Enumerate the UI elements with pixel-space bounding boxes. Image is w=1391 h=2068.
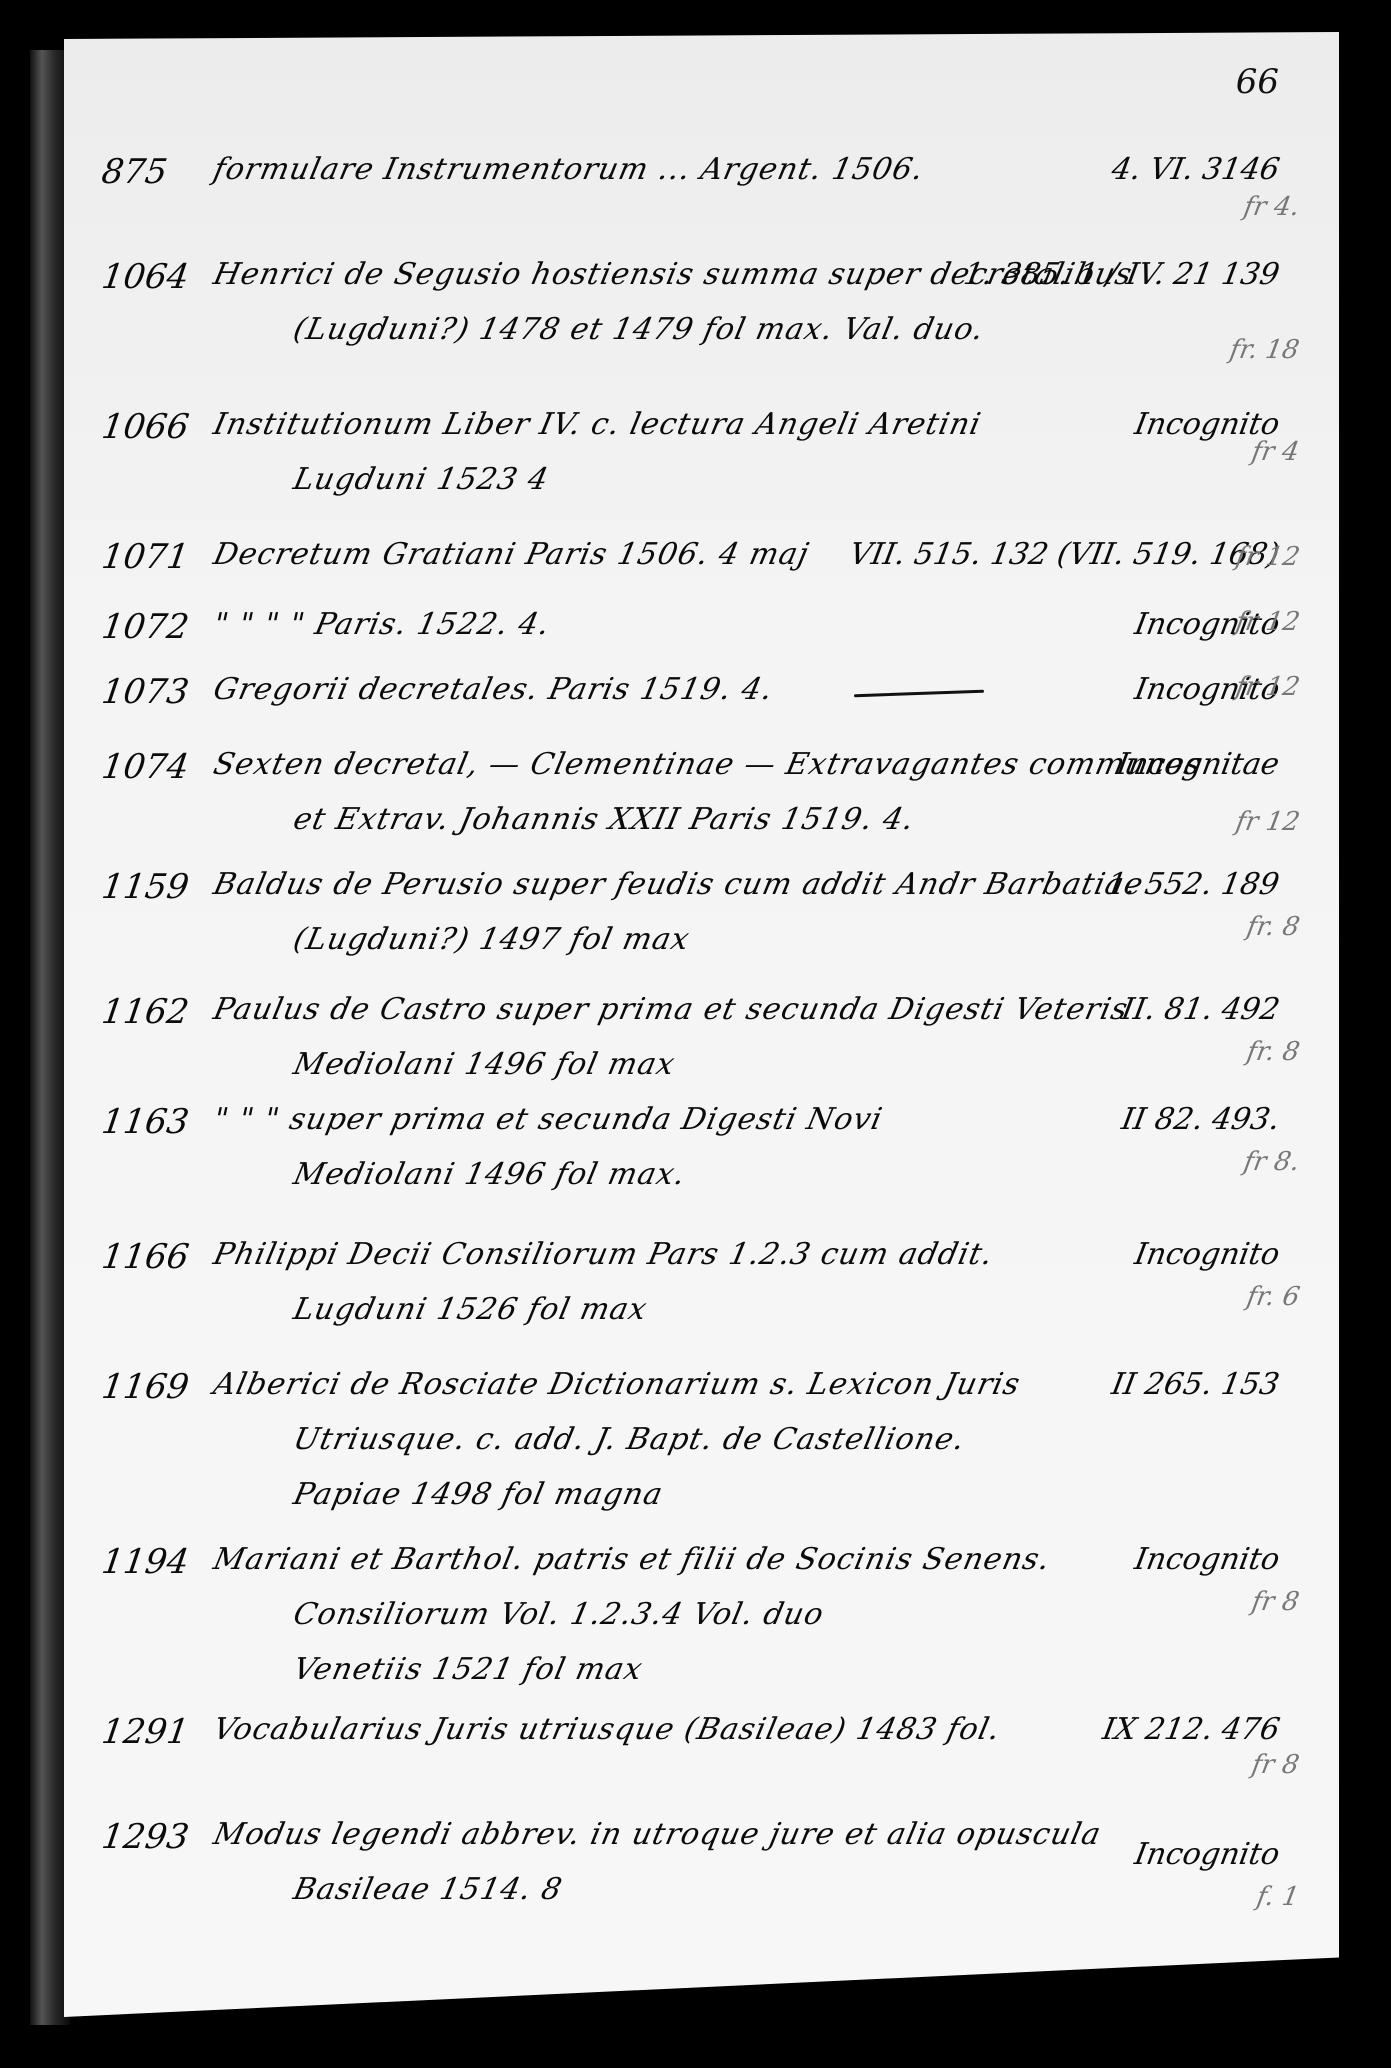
entry-number: 1074 <box>99 747 191 787</box>
entry-text: Mariani et Barthol. patris et filii de S… <box>210 1542 1053 1577</box>
shelfmark: VII. 515. 132 (VII. 519. 168) <box>847 537 1282 572</box>
entry-text: Vocabularius Juris utriusque (Basileae) … <box>210 1712 1003 1747</box>
shelfmark: IX 212. 476 <box>1100 1712 1283 1747</box>
entry-text: Mediolani 1496 fol max <box>290 1047 678 1082</box>
entry-number: 1073 <box>99 672 191 712</box>
entry-number: 1066 <box>99 407 191 447</box>
shelfmark: II 82. 493. <box>1119 1102 1282 1137</box>
entry-text: Alberici de Rosciate Dictionarium s. Lex… <box>210 1367 1023 1402</box>
shelfmark: Incognitae <box>1114 747 1282 782</box>
entry-text: " " " " Paris. 1522. 4. <box>210 607 553 642</box>
entry-number: 1159 <box>99 867 191 907</box>
entry-number: 1194 <box>99 1542 191 1582</box>
entry-text: Gregorii decretales. Paris 1519. 4. <box>210 672 776 707</box>
entry-text: formulare Instrumentorum ... Argent. 150… <box>210 152 927 187</box>
entry-text: Lugduni 1526 fol max <box>290 1292 650 1327</box>
entry-number: 1166 <box>99 1237 191 1277</box>
shelfmark: II. 81. 492 <box>1119 992 1282 1027</box>
entry-number: 1163 <box>99 1102 191 1142</box>
entry-number: 1162 <box>99 992 191 1032</box>
entry-text: et Extrav. Johannis XXII Paris 1519. 4. <box>290 802 917 837</box>
price: fr 12 <box>1233 672 1302 702</box>
price: fr 4. <box>1241 192 1301 222</box>
price: fr. 8 <box>1244 912 1302 942</box>
entry-number: 1291 <box>99 1712 191 1752</box>
price: fr. 6 <box>1244 1282 1302 1312</box>
entry-number: 1072 <box>99 607 191 647</box>
entry-number: 875 <box>99 152 170 192</box>
entry-text: Baldus de Perusio super feudis cum addit… <box>210 867 1147 902</box>
page-number: 66 <box>1236 62 1279 102</box>
shelfmark: 1. 385. 1 / IV. 21 139 <box>961 257 1282 292</box>
price: fr. 8 <box>1244 1037 1302 1067</box>
price: fr 8. <box>1241 1147 1301 1177</box>
shelfmark: Incognito <box>1132 1542 1282 1577</box>
price: f. 1 <box>1255 1882 1302 1912</box>
entry-text: Philippi Decii Consiliorum Pars 1.2.3 cu… <box>210 1237 996 1272</box>
entry-text: Consiliorum Vol. 1.2.3.4 Vol. duo <box>290 1597 827 1632</box>
entry-text: Decretum Gratiani Paris 1506. 4 maj <box>210 537 812 572</box>
shelfmark: Incognito <box>1132 1237 1282 1272</box>
entry-number: 1071 <box>99 537 191 577</box>
entry-text: (Lugduni?) 1478 et 1479 fol max. Val. du… <box>290 312 987 347</box>
entry-number: 1169 <box>99 1367 191 1407</box>
entry-text: " " " super prima et secunda Digesti Nov… <box>210 1102 886 1137</box>
price: fr 8 <box>1249 1750 1301 1780</box>
manuscript-page: 66 875 formulare Instrumentorum ... Arge… <box>64 32 1339 2017</box>
shelfmark: Incognito <box>1132 1837 1282 1872</box>
entry-text: Mediolani 1496 fol max. <box>290 1157 689 1192</box>
entry-text: (Lugduni?) 1497 fol max <box>290 922 693 957</box>
entry-text: Papiae 1498 fol magna <box>290 1477 666 1512</box>
entry-number: 1064 <box>99 257 191 297</box>
price: fr. 18 <box>1228 335 1302 365</box>
shelfmark: 1. 552. 189 <box>1104 867 1282 902</box>
entry-text: Venetiis 1521 fol max <box>290 1652 646 1687</box>
entry-text: Basileae 1514. 8 <box>290 1872 565 1907</box>
price: fr 12 <box>1233 607 1302 637</box>
price: fr 12 <box>1233 807 1302 837</box>
entry-text: Utriusque. c. add. J. Bapt. de Castellio… <box>290 1422 968 1457</box>
entry-text: Paulus de Castro super prima et secunda … <box>210 992 1131 1027</box>
price: fr 4 <box>1249 437 1301 467</box>
entry-number: 1293 <box>99 1817 191 1857</box>
shelfmark: II 265. 153 <box>1109 1367 1282 1402</box>
entry-text: Lugduni 1523 4 <box>290 462 552 497</box>
entry-text: Modus legendi abbrev. in utroque jure et… <box>210 1817 1104 1852</box>
dash-line <box>854 690 984 698</box>
price: fr 8 <box>1249 1587 1301 1617</box>
shelfmark: 4. VI. 3146 <box>1109 152 1282 187</box>
price: fr 12 <box>1233 542 1302 572</box>
entry-text: Sexten decretal, — Clementinae — Extrava… <box>210 747 1204 782</box>
entry-text: Institutionum Liber IV. c. lectura Angel… <box>210 407 984 442</box>
